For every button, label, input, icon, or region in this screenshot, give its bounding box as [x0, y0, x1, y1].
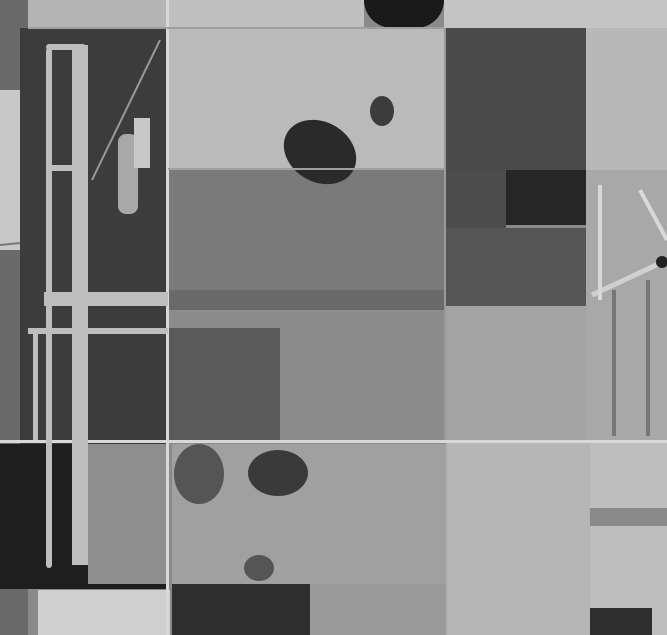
linear-features: [0, 0, 667, 635]
aerial-map: [0, 0, 667, 635]
